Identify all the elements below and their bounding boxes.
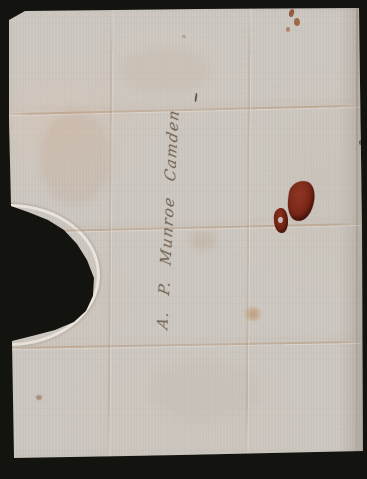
ink-speck	[194, 93, 197, 102]
fold-crease-vertical-3	[356, 8, 358, 452]
discoloration-smudge	[150, 360, 260, 420]
stain-spot	[36, 395, 42, 400]
discoloration-smudge	[120, 48, 210, 93]
fold-crease-vertical-1	[107, 9, 112, 457]
wax-seal-fragment-large	[286, 180, 317, 223]
letter-paper: A. P. Munroe Camden	[0, 0, 367, 479]
wax-seal-fragment-small	[273, 208, 289, 234]
discoloration-smudge	[40, 110, 110, 205]
stain-spot	[182, 34, 187, 39]
ink-speck	[359, 140, 362, 145]
stain-spot	[294, 18, 300, 26]
handwritten-address: A. P. Munroe Camden	[140, 101, 195, 337]
tear-edge-highlight	[0, 204, 100, 346]
stain-spot	[288, 9, 295, 18]
fold-crease-horizontal-3	[8, 341, 361, 349]
photo-background: A. P. Munroe Camden	[0, 0, 367, 479]
stain-spot	[244, 306, 262, 322]
stain-spot	[286, 27, 290, 32]
discoloration-smudge	[190, 232, 216, 250]
